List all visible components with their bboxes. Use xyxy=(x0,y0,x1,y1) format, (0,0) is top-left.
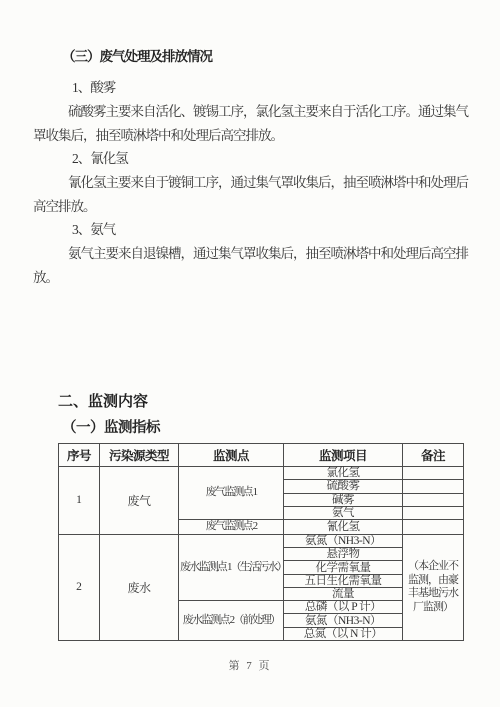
monitoring-item-cell: 碱雾 xyxy=(284,493,403,506)
paragraph-line: 罩收集后，抽至喷淋塔中和处理后高空排放。 xyxy=(33,124,283,144)
monitoring-item-cell: 总氮（以 N 计） xyxy=(284,627,403,640)
subitem-label-ammonia: 3、氨气 xyxy=(72,218,115,238)
paragraph-line: 高空排放。 xyxy=(33,195,96,215)
section-heading-monitoring-content: 二、监测内容 xyxy=(58,390,148,411)
monitoring-item-cell: 悬浮物 xyxy=(284,548,403,561)
paragraph-line: 氨气主要来自退镍槽，通过集气罩收集后，抽至喷淋塔中和处理后高空排 xyxy=(68,242,468,262)
document-page: （三）废气处理及排放情况 1、酸雾 硫酸雾主要来自活化、镀锡工序，氯化氢主要来自… xyxy=(0,0,500,707)
monitoring-item-cell: 化学需氧量 xyxy=(284,561,403,574)
remark-cell-empty xyxy=(403,467,464,480)
monitoring-item-cell: 氰化氢 xyxy=(284,520,403,535)
paragraph-line: 硫酸雾主要来自活化、镀锡工序，氯化氢主要来自于活化工序。通过集气 xyxy=(68,100,468,120)
monitoring-item-cell: 五日生化需氧量 xyxy=(284,574,403,587)
page-number: 第 7 页 xyxy=(0,657,500,673)
paragraph-line: 氰化氢主要来自于镀铜工序，通过集气罩收集后，抽至喷淋塔中和处理后 xyxy=(68,171,468,191)
section-heading-waste-gas: （三）废气处理及排放情况 xyxy=(62,45,212,65)
header-monitoring-item: 监测项目 xyxy=(284,444,403,467)
remark-cell-empty xyxy=(403,520,464,535)
monitoring-item-cell: 流量 xyxy=(284,587,403,600)
subitem-label-acid-mist: 1、酸雾 xyxy=(72,76,115,96)
monitoring-item-cell: 总磷（以 P 计） xyxy=(284,601,403,614)
monitoring-item-cell: 氨气 xyxy=(284,506,403,519)
header-serial-number: 序号 xyxy=(59,444,100,467)
subitem-label-hcn: 2、氰化氢 xyxy=(72,147,128,167)
monitoring-point-cell: 废气监测点 1 xyxy=(179,467,284,520)
monitoring-item-cell: 氨氮（NH3-N） xyxy=(284,534,403,547)
remark-cell-empty xyxy=(403,493,464,506)
remark-cell: （本企业不监测，由豪丰基地污水厂监测） xyxy=(403,534,464,640)
monitoring-item-cell: 硫酸雾 xyxy=(284,480,403,493)
serial-number-cell: 2 xyxy=(59,534,100,640)
paragraph-line: 放。 xyxy=(33,266,58,286)
monitoring-item-cell: 氨氮（NH3-N） xyxy=(284,614,403,627)
monitoring-point-cell: 废水监测点 2（前处理） xyxy=(179,601,284,641)
table-row: 2 废水 废水监测点 1（生活污水） 氨氮（NH3-N） （本企业不监测，由豪丰… xyxy=(59,534,464,547)
monitoring-table: 序号 污染源类型 监测点 监测项目 备注 1 废气 废气监测点 1 氯化氢 硫酸… xyxy=(58,443,464,641)
table-row: 1 废气 废气监测点 1 氯化氢 xyxy=(59,467,464,480)
header-remark: 备注 xyxy=(403,444,464,467)
remark-cell-empty xyxy=(403,480,464,493)
header-pollution-source: 污染源类型 xyxy=(100,444,179,467)
monitoring-item-cell: 氯化氢 xyxy=(284,467,403,480)
remark-cell-empty xyxy=(403,506,464,519)
serial-number-cell: 1 xyxy=(59,467,100,535)
header-monitoring-point: 监测点 xyxy=(179,444,284,467)
monitoring-point-cell: 废水监测点 1（生活污水） xyxy=(179,534,284,600)
table-header-row: 序号 污染源类型 监测点 监测项目 备注 xyxy=(59,444,464,467)
monitoring-point-cell: 废气监测点 2 xyxy=(179,520,284,535)
subsection-heading-monitoring-index: （一）监测指标 xyxy=(62,416,160,437)
pollution-source-cell: 废气 xyxy=(100,467,179,535)
pollution-source-cell: 废水 xyxy=(100,534,179,640)
